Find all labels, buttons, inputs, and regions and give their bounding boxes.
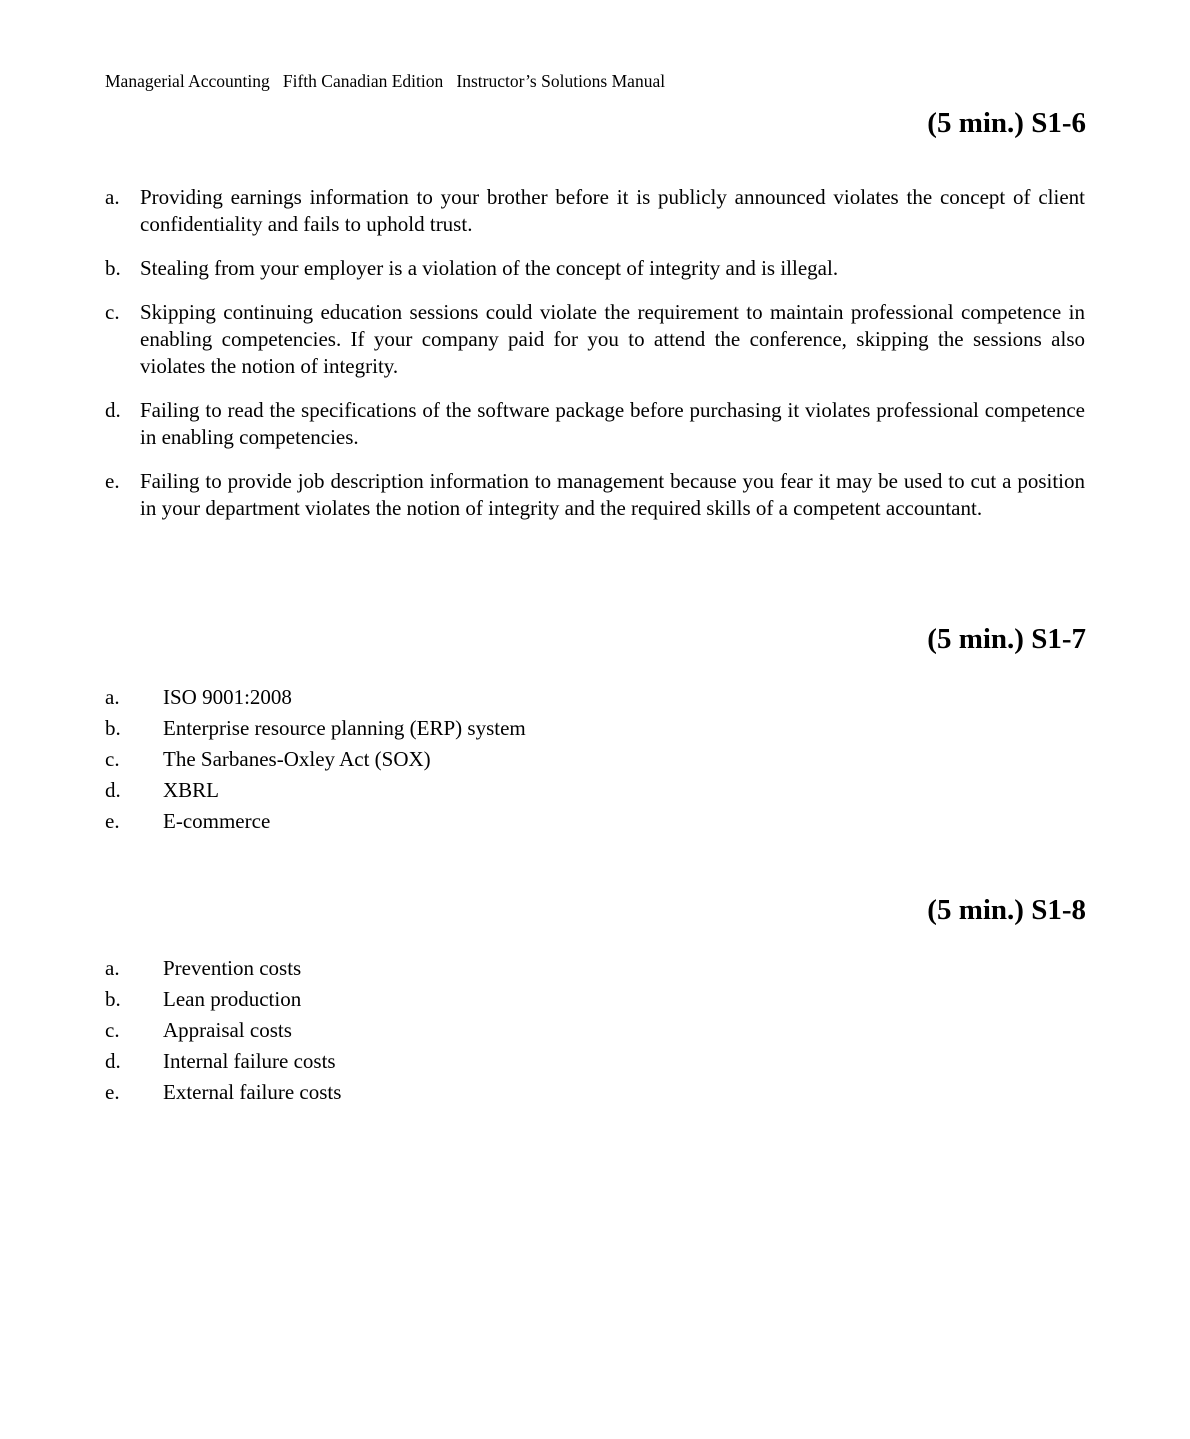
answer-item: d. Internal failure costs — [105, 1046, 341, 1077]
item-marker: d. — [105, 397, 140, 451]
answer-item: a. ISO 9001:2008 — [105, 682, 526, 713]
answer-item: c. Skipping continuing education session… — [105, 299, 1085, 380]
item-text: XBRL — [163, 775, 219, 806]
item-marker: d. — [105, 1046, 163, 1077]
item-marker: b. — [105, 984, 163, 1015]
item-marker: c. — [105, 1015, 163, 1046]
item-text: Enterprise resource planning (ERP) syste… — [163, 713, 526, 744]
item-text: ISO 9001:2008 — [163, 682, 292, 713]
answer-item: e. External failure costs — [105, 1077, 341, 1108]
item-marker: a. — [105, 184, 140, 238]
item-text: External failure costs — [163, 1077, 341, 1108]
item-marker: b. — [105, 255, 140, 282]
answer-item: e. E-commerce — [105, 806, 526, 837]
answer-item: d. XBRL — [105, 775, 526, 806]
answer-item: b. Stealing from your employer is a viol… — [105, 255, 1085, 282]
answer-item: a. Providing earnings information to you… — [105, 184, 1085, 238]
item-text: The Sarbanes-Oxley Act (SOX) — [163, 744, 431, 775]
item-text: Prevention costs — [163, 953, 301, 984]
running-header: Managerial Accounting Fifth Canadian Edi… — [105, 71, 665, 91]
item-text: Stealing from your employer is a violati… — [140, 255, 1085, 282]
item-marker: a. — [105, 682, 163, 713]
section-heading-s1-7: (5 min.) S1-7 — [927, 622, 1086, 656]
item-text: Skipping continuing education sessions c… — [140, 299, 1085, 380]
item-marker: a. — [105, 953, 163, 984]
answer-list-s1-7: a. ISO 9001:2008 b. Enterprise resource … — [105, 682, 526, 837]
item-text: Failing to read the specifications of th… — [140, 397, 1085, 451]
answer-list-s1-6: a. Providing earnings information to you… — [105, 184, 1085, 539]
section-heading-s1-6: (5 min.) S1-6 — [927, 106, 1086, 140]
item-marker: c. — [105, 744, 163, 775]
answer-list-s1-8: a. Prevention costs b. Lean production c… — [105, 953, 341, 1108]
item-text: E-commerce — [163, 806, 270, 837]
item-marker: d. — [105, 775, 163, 806]
answer-item: d. Failing to read the specifications of… — [105, 397, 1085, 451]
answer-item: c. Appraisal costs — [105, 1015, 341, 1046]
answer-item: a. Prevention costs — [105, 953, 341, 984]
item-marker: b. — [105, 713, 163, 744]
answer-item: b. Enterprise resource planning (ERP) sy… — [105, 713, 526, 744]
item-marker: e. — [105, 468, 140, 522]
item-text: Internal failure costs — [163, 1046, 336, 1077]
answer-item: c. The Sarbanes-Oxley Act (SOX) — [105, 744, 526, 775]
answer-item: e. Failing to provide job description in… — [105, 468, 1085, 522]
item-text: Appraisal costs — [163, 1015, 292, 1046]
item-marker: e. — [105, 1077, 163, 1108]
item-marker: c. — [105, 299, 140, 380]
item-marker: e. — [105, 806, 163, 837]
item-text: Lean production — [163, 984, 301, 1015]
item-text: Providing earnings information to your b… — [140, 184, 1085, 238]
answer-item: b. Lean production — [105, 984, 341, 1015]
item-text: Failing to provide job description infor… — [140, 468, 1085, 522]
section-heading-s1-8: (5 min.) S1-8 — [927, 893, 1086, 927]
